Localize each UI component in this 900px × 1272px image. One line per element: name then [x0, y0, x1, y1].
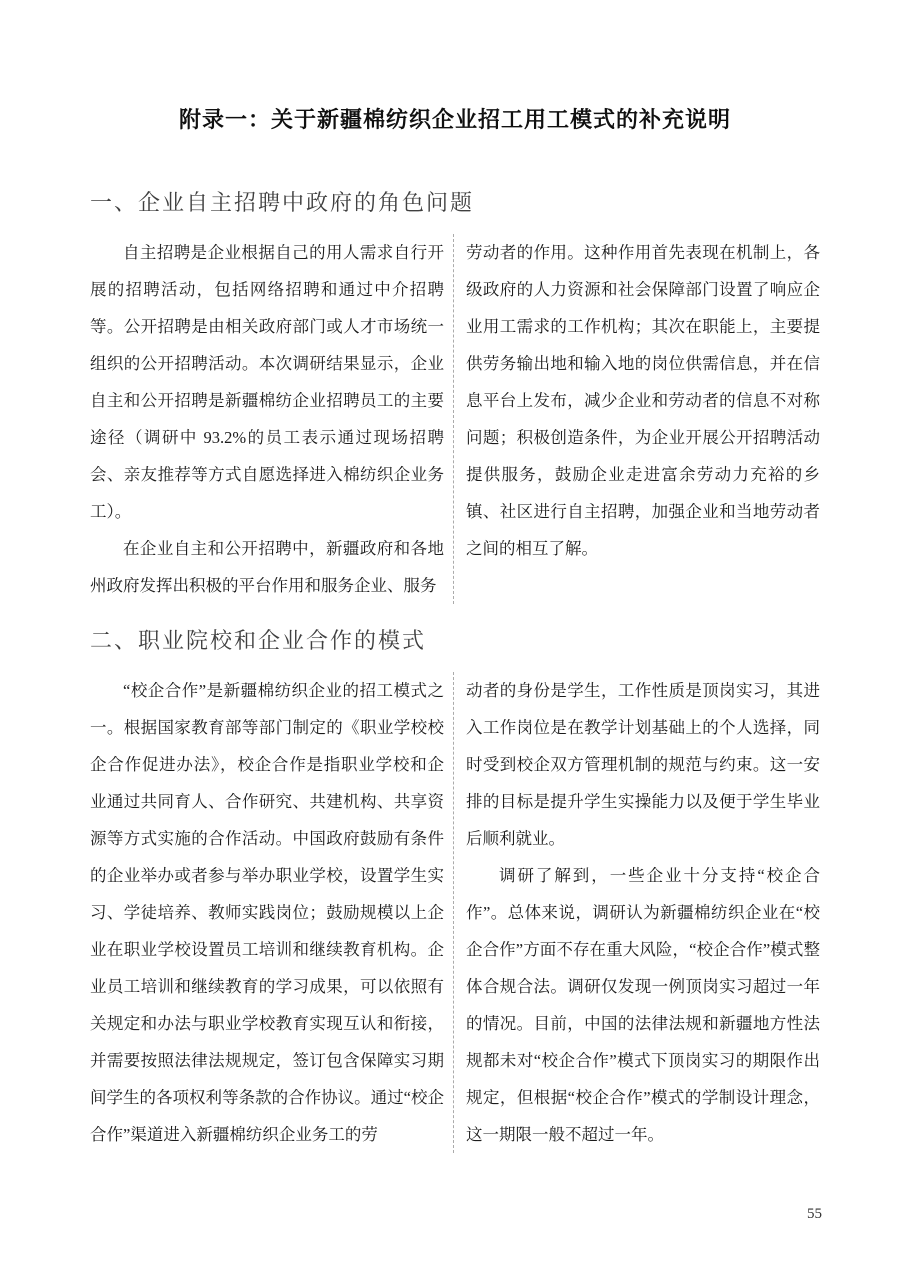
section-2-columns: “校企合作”是新疆棉纺织企业的招工模式之一。根据国家教育部等部门制定的《职业学校…	[90, 672, 820, 1153]
paragraph: 调研了解到，一些企业十分支持“校企合作”。总体来说，调研认为新疆棉纺织企业在“校…	[466, 857, 820, 1153]
paragraph: 在企业自主和公开招聘中，新疆政府和各地州政府发挥出积极的平台作用和服务企业、服务	[90, 530, 444, 604]
section-2-heading: 二、职业院校和企业合作的模式	[90, 626, 820, 656]
section-1-columns: 自主招聘是企业根据自己的用人需求自行开展的招聘活动，包括网络招聘和通过中介招聘等…	[90, 234, 820, 604]
section-2-column-left: “校企合作”是新疆棉纺织企业的招工模式之一。根据国家教育部等部门制定的《职业学校…	[90, 672, 444, 1153]
paragraph: 劳动者的作用。这种作用首先表现在机制上，各级政府的人力资源和社会保障部门设置了响…	[466, 234, 820, 567]
page-number: 55	[807, 1206, 822, 1223]
section-2-column-right: 动者的身份是学生，工作性质是顶岗实习，其进入工作岗位是在教学计划基础上的个人选择…	[466, 672, 820, 1153]
paragraph: 动者的身份是学生，工作性质是顶岗实习，其进入工作岗位是在教学计划基础上的个人选择…	[466, 672, 820, 857]
column-divider	[453, 672, 454, 1153]
section-recruitment: 一、企业自主招聘中政府的角色问题 自主招聘是企业根据自己的用人需求自行开展的招聘…	[90, 188, 820, 604]
section-1-column-left: 自主招聘是企业根据自己的用人需求自行开展的招聘活动，包括网络招聘和通过中介招聘等…	[90, 234, 444, 604]
column-divider	[453, 234, 454, 604]
paragraph: “校企合作”是新疆棉纺织企业的招工模式之一。根据国家教育部等部门制定的《职业学校…	[90, 672, 444, 1153]
document-page: 附录一：关于新疆棉纺织企业招工用工模式的补充说明 一、企业自主招聘中政府的角色问…	[0, 0, 900, 1272]
section-1-column-right: 劳动者的作用。这种作用首先表现在机制上，各级政府的人力资源和社会保障部门设置了响…	[466, 234, 820, 604]
section-school-enterprise: 二、职业院校和企业合作的模式 “校企合作”是新疆棉纺织企业的招工模式之一。根据国…	[90, 626, 820, 1153]
document-title: 附录一：关于新疆棉纺织企业招工用工模式的补充说明	[90, 0, 820, 134]
paragraph: 自主招聘是企业根据自己的用人需求自行开展的招聘活动，包括网络招聘和通过中介招聘等…	[90, 234, 444, 530]
section-1-heading: 一、企业自主招聘中政府的角色问题	[90, 188, 820, 218]
